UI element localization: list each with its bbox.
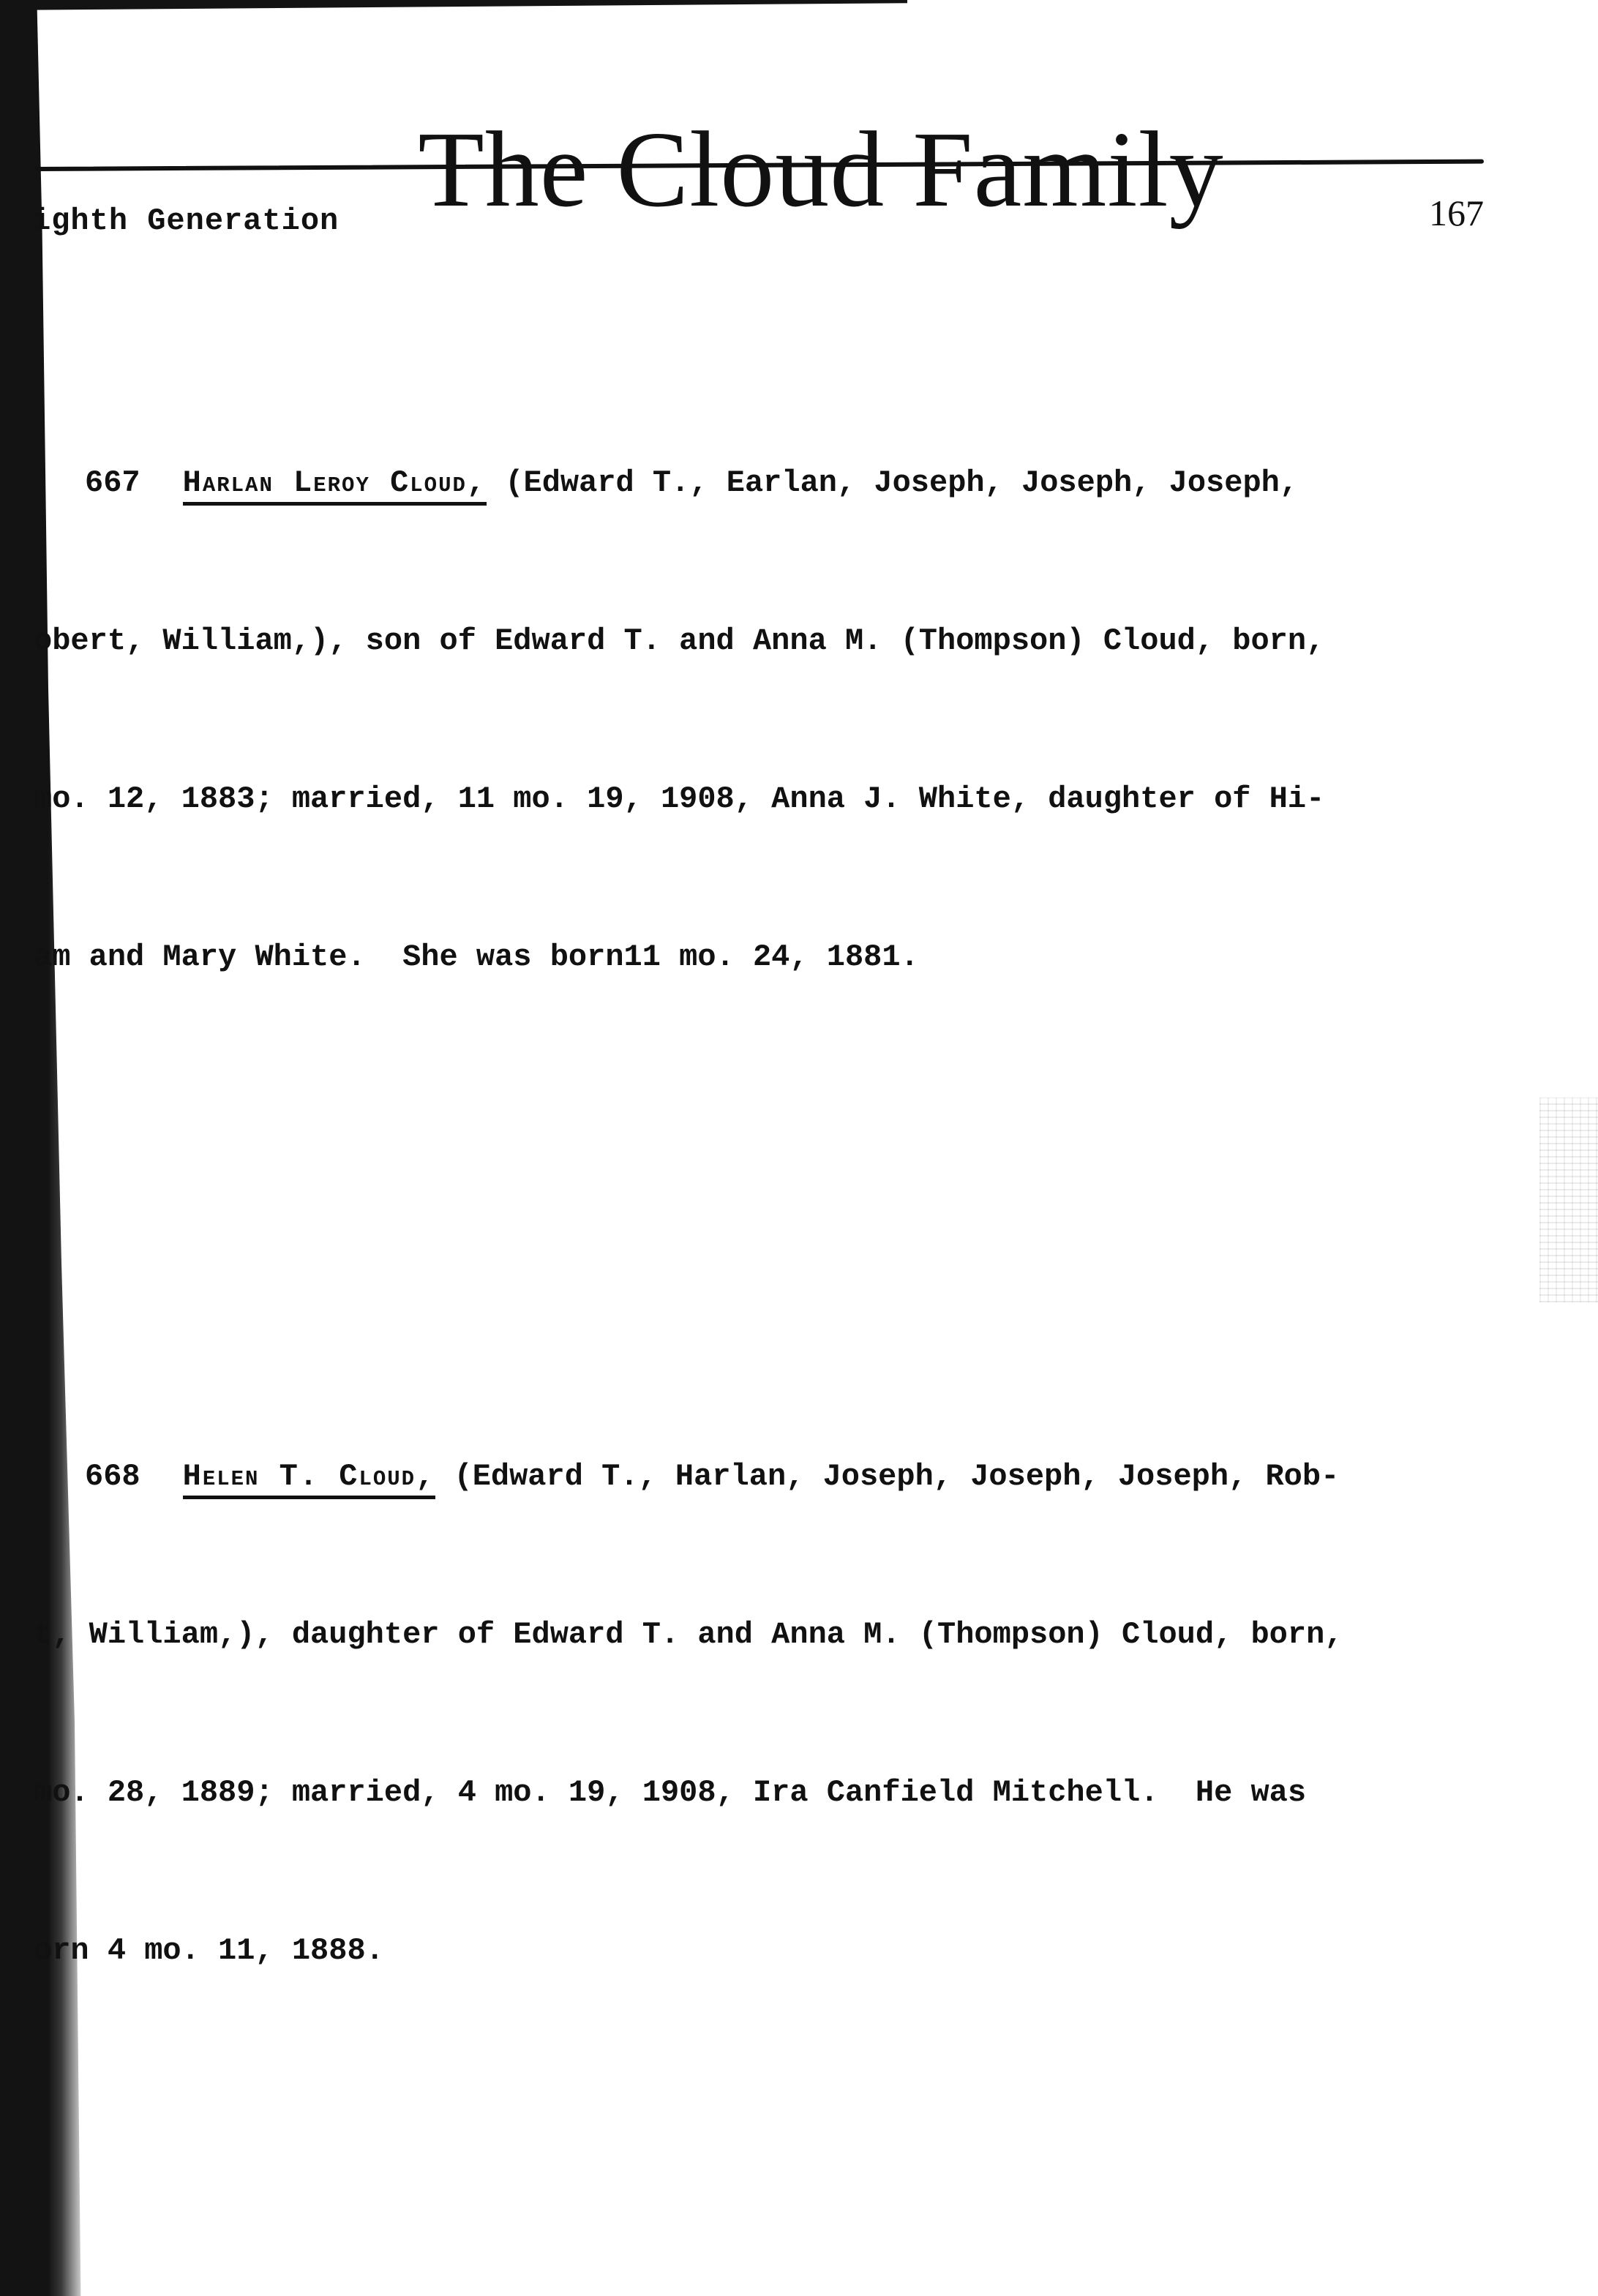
genealogy-entry: 668Helen T. Cloud, (Edward T., Harlan, J… [34, 1345, 1497, 2030]
entry-text-line: mo. 28, 1889; married, 4 mo. 19, 1908, I… [34, 1766, 1497, 1819]
running-head: ighth Generation [32, 203, 339, 239]
entry-first-line: 667Harlan Leroy Cloud, (Edward T., Earla… [34, 457, 1497, 509]
scan-noise [1539, 1098, 1598, 1302]
entry-text-line: obert, William,), son of Edward T. and A… [34, 615, 1497, 667]
entry-text-line: mo. 12, 1883; married, 11 mo. 19, 1908, … [34, 773, 1497, 825]
entry-name: Helen T. Cloud, [183, 1459, 436, 1499]
entry-text-line: am and Mary White. She was born11 mo. 24… [34, 931, 1497, 983]
entry-first-line: 668Helen T. Cloud, (Edward T., Harlan, J… [34, 1450, 1497, 1503]
page-number: 167 [1429, 192, 1484, 234]
entry-text-line: (Edward T., Harlan, Joseph, Joseph, Jose… [435, 1459, 1339, 1494]
genealogy-entry: 667Harlan Leroy Cloud, (Edward T., Earla… [34, 351, 1497, 1036]
entry-text-line: t, William,), daughter of Edward T. and … [34, 1608, 1497, 1661]
entry-number: 668 [85, 1459, 140, 1494]
entry-name: Harlan Leroy Cloud, [183, 465, 487, 506]
entry-number: 667 [85, 465, 140, 500]
entry-text-line: orn 4 mo. 11, 1888. [34, 1924, 1497, 1977]
entry-text-line: (Edward T., Earlan, Joseph, Joseph, Jose… [487, 465, 1298, 500]
scan-top-edge [0, 0, 907, 10]
